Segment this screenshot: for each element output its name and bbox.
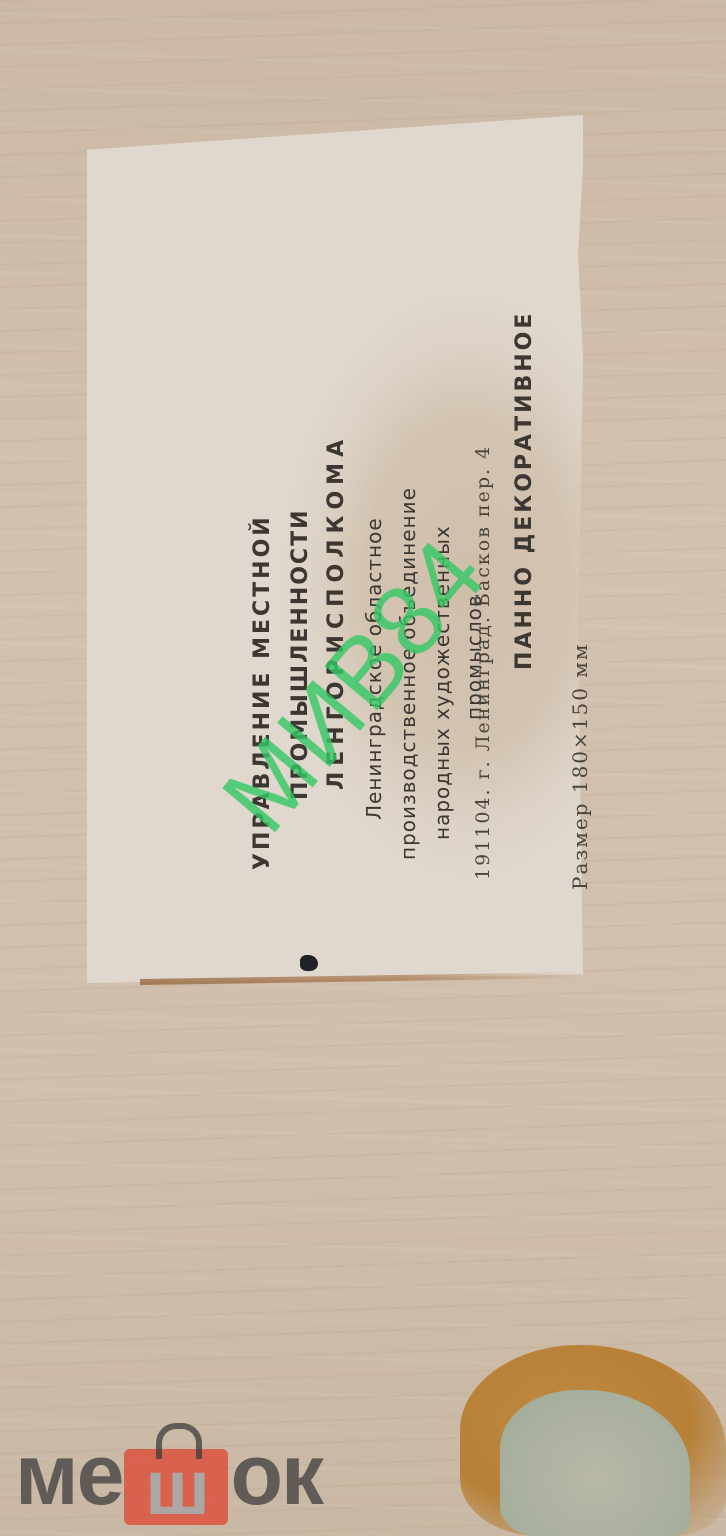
shopping-bag-icon: ш bbox=[124, 1449, 228, 1525]
label-line-product-title: ПАННО ДЕКОРАТИВНОЕ bbox=[512, 311, 537, 670]
logo-bag-letter: ш bbox=[145, 1449, 208, 1525]
logo-prefix: ме bbox=[15, 1426, 122, 1525]
meshok-logo: ме ш ок bbox=[15, 1420, 322, 1530]
label-line-address: 191104. г. Ленинград. Басков пер. 4 bbox=[472, 445, 494, 880]
bag-handle-icon bbox=[156, 1423, 202, 1459]
logo-suffix: ок bbox=[230, 1426, 322, 1525]
ink-spot bbox=[300, 955, 318, 971]
label-line-size: Размер 180×150 мм bbox=[568, 643, 592, 890]
